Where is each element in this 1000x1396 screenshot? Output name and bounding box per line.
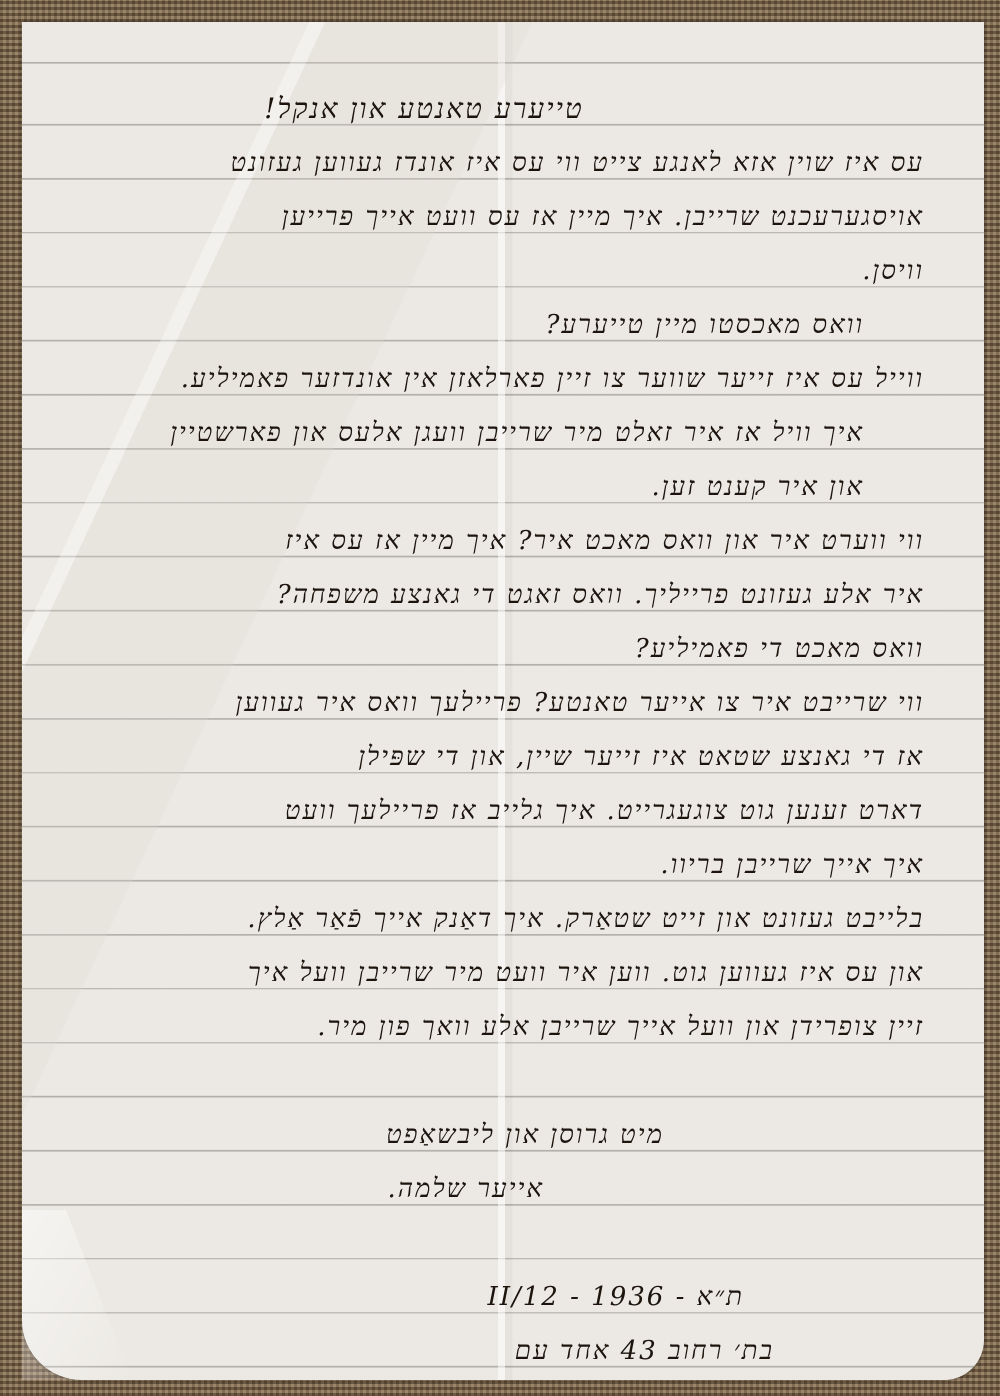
body-line: און עס איז געווען גוט. ווען איר וועט מיר… — [44, 946, 924, 1000]
closing: מיט גרוסן און ליבשאַפט — [44, 1108, 924, 1162]
date: ת״א - 1936 - 12/II — [44, 1270, 924, 1324]
body-line: אויסגערעכנט שרייבן. איך מיין אז עס וועט … — [44, 190, 924, 244]
body-line: ווייל עס איז זייער שווער צו זיין פארלאזן… — [44, 352, 924, 406]
body-line: בלייבט געזונט און זייט שטאַרק. איך דאַנק… — [44, 892, 924, 946]
body-line: ווי שרייבט איר צו אייער טאנטע? פריילעך ו… — [44, 676, 924, 730]
body-line: עס איז שוין אזא לאנגע צייט ווי עס איז או… — [44, 136, 924, 190]
body-line: ווי ווערט איר און וואס מאכט איר? איך מיי… — [44, 514, 924, 568]
body-line: זיין צופרידן און וועל אייך שרייבן אלע וו… — [44, 1000, 924, 1054]
salutation: טייערע טאנטע און אנקל! — [44, 82, 924, 136]
body-line: און איר קענט זען. — [44, 460, 924, 514]
body-line: איך אייך שרייבן בריוו. — [44, 838, 924, 892]
body-line: דארט זענען גוט צוגעגרייט. איך גלייב אז פ… — [44, 784, 924, 838]
address: בת׳ רחוב 43 אחד עם — [44, 1324, 924, 1378]
body-line: וויסן. — [44, 244, 924, 298]
spacer — [44, 1054, 924, 1108]
signature: אייער שלמה. — [44, 1162, 924, 1216]
body-line: וואס מאכסטו מיין טייערע? — [44, 298, 924, 352]
body-line: איר אלע געזונט פרייליך. וואס זאגט די גאנ… — [44, 568, 924, 622]
body-line: וואס מאכט די פאמיליע? — [44, 622, 924, 676]
body-line: איך וויל אז איר זאלט מיר שרייבן וועגן אל… — [44, 406, 924, 460]
spacer — [44, 1216, 924, 1270]
letter-paper: טייערע טאנטע און אנקל! עס איז שוין אזא ל… — [22, 22, 984, 1380]
body-line: אז די גאנצע שטאט איז זייער שיין, און די … — [44, 730, 924, 784]
handwritten-letter: טייערע טאנטע און אנקל! עס איז שוין אזא ל… — [44, 82, 924, 1378]
